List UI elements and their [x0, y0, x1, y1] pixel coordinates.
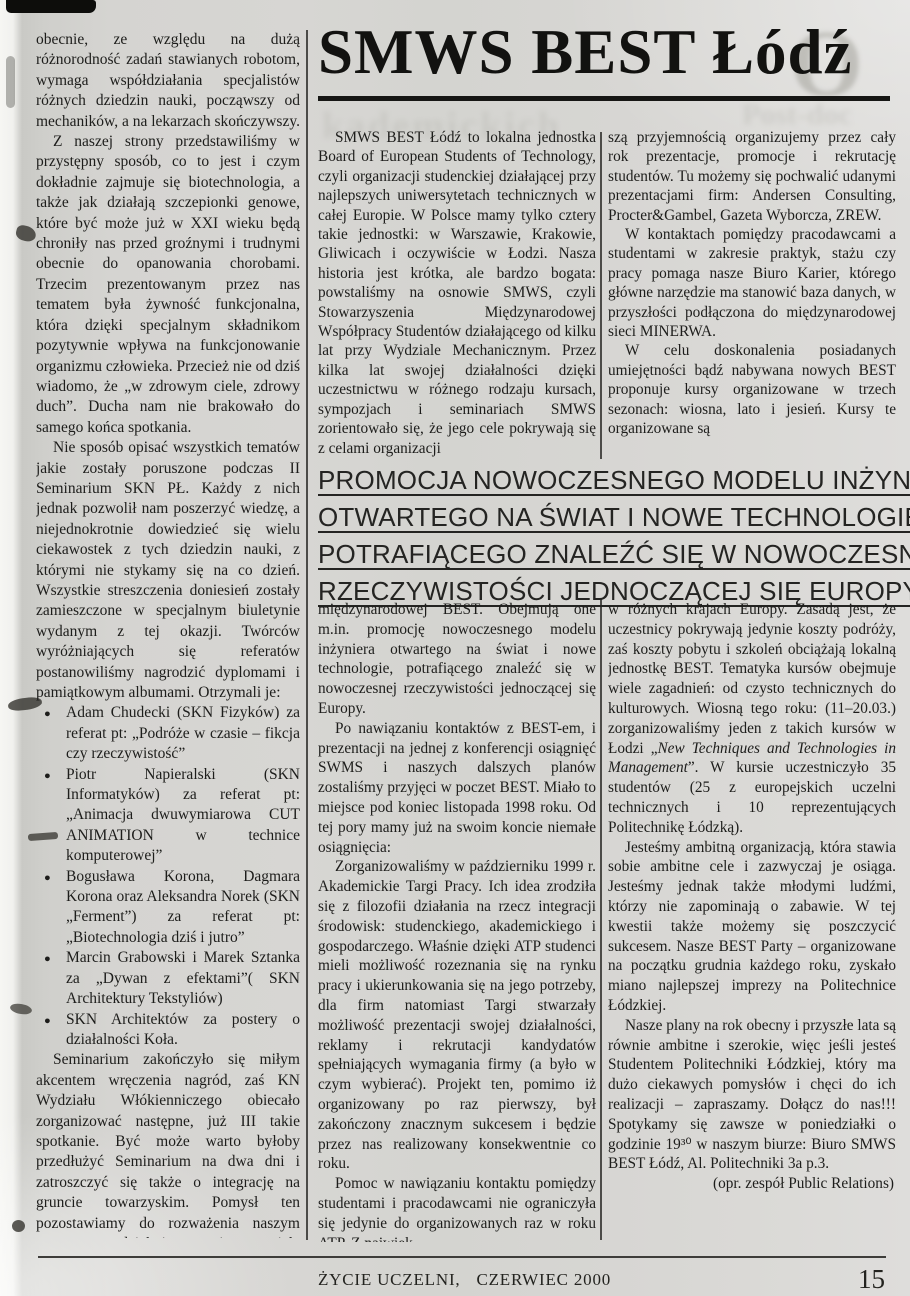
headline-line: POTRAFIĄCEGO ZNALEŹĆ SIĘ W NOWOCZESNEJ: [318, 536, 902, 573]
issue-date: CZERWIEC 2000: [476, 1270, 611, 1290]
column-divider: [600, 132, 602, 459]
paragraph: SMWS BEST Łódź to lokalna jednostka Boar…: [318, 128, 596, 458]
scan-artifact-mark: [12, 1220, 25, 1232]
article-column-right-top: szą przyjemnością organizujemy przez cał…: [608, 128, 896, 464]
paragraph: obecnie, ze względu na dużą różnorodność…: [36, 30, 300, 132]
paragraph: Nasze plany na rok obecny i przyszłe lat…: [608, 1016, 896, 1174]
article-title: SMWS BEST Łódź: [318, 16, 898, 100]
paragraph: (opr. zespół Public Relations): [608, 1174, 896, 1194]
bullet-icon: ●: [44, 949, 51, 969]
bullet-icon: ●: [44, 1011, 51, 1031]
page-number: 15: [858, 1264, 885, 1295]
paragraph: Z naszej strony przedstawiliśmy w przyst…: [36, 132, 300, 438]
bullet-item: ●Adam Chudecki (SKN Fizyków) za referat …: [36, 703, 300, 764]
headline-line: OTWARTEGO NA ŚWIAT I NOWE TECHNOLOGIE,: [318, 499, 902, 536]
paragraph: szą przyjemnością organizujemy przez cał…: [608, 128, 896, 225]
paragraph: Seminarium zakończyło się miłym akcentem…: [36, 1050, 300, 1238]
article-column-middle-top: SMWS BEST Łódź to lokalna jednostka Boar…: [318, 128, 596, 464]
scanned-magazine-page: O kademickich Post-doc obecnie, ze wzglę…: [0, 0, 910, 1296]
headline-line: PROMOCJA NOWOCZESNEGO MODELU INŻYNIERA: [318, 462, 902, 499]
left-article-column: obecnie, ze względu na dużą różnorodność…: [36, 30, 300, 1238]
journal-name: ŻYCIE UCZELNI,: [318, 1270, 460, 1290]
column-divider: [306, 30, 308, 1240]
ghost-showthrough-word: Post-doc: [742, 98, 852, 132]
scan-artifact-mark: [14, 224, 37, 243]
title-rule: [318, 96, 890, 101]
article-column-middle-bottom: międzynarodowej BEST. Obejmują one m.in.…: [318, 600, 596, 1242]
bullet-item: ●Bogusława Korona, Dagmara Korona oraz A…: [36, 867, 300, 949]
paragraph: W kontaktach pomiędzy pracodawcami a stu…: [608, 225, 896, 341]
paragraph: W celu doskonalenia posiadanych umiejętn…: [608, 341, 896, 438]
bullet-icon: ●: [44, 766, 51, 786]
scan-artifact-blob: [6, 0, 96, 13]
paragraph: Zorganizowaliśmy w październiku 1999 r. …: [318, 857, 596, 1174]
scan-artifact-smudge: [6, 56, 15, 108]
bullet-icon: ●: [44, 704, 51, 724]
article-column-right-bottom: w różnych krajach Europy. Zasadą jest, ż…: [608, 600, 896, 1242]
paragraph: Po nawiązaniu kontaktów z BEST-em, i pre…: [318, 719, 596, 858]
paragraph: Jesteśmy ambitną organizacją, która staw…: [608, 838, 896, 1016]
bullet-icon: ●: [44, 868, 51, 888]
bullet-item: ●SKN Architektów za postery o działalnoś…: [36, 1010, 300, 1051]
paragraph: Pomoc w nawiązaniu kontaktu pomiędzy stu…: [318, 1174, 596, 1242]
column-divider: [600, 598, 602, 1240]
paragraph: w różnych krajach Europy. Zasadą jest, ż…: [608, 600, 896, 838]
bullet-item: ●Piotr Napieralski (SKN Informatyków) za…: [36, 765, 300, 867]
article-subheadline: PROMOCJA NOWOCZESNEGO MODELU INŻYNIERAOT…: [318, 462, 902, 600]
footer-rule: [38, 1256, 886, 1258]
bullet-item: ●Marcin Grabowski i Marek Sztanka za „Dy…: [36, 948, 300, 1009]
scan-artifact-mark: [9, 1002, 32, 1016]
paragraph: międzynarodowej BEST. Obejmują one m.in.…: [318, 600, 596, 719]
footer: ŻYCIE UCZELNI, CZERWIEC 2000: [318, 1270, 611, 1290]
paragraph: Nie sposób opisać wszystkich tematów jak…: [36, 438, 300, 703]
